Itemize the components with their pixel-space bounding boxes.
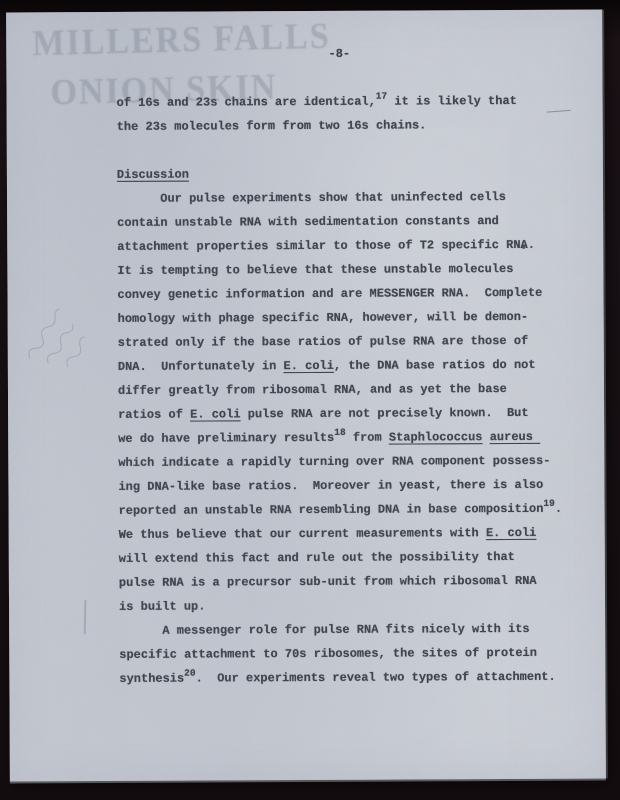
- typewritten-line: ratios of E. coli pulse RNA are not prec…: [118, 401, 564, 427]
- typewritten-line: strated only if the base ratios of pulse…: [118, 329, 564, 355]
- discussion-heading: Discussion: [117, 161, 563, 187]
- discussion-paragraph-2: A messenger role for pulse RNA fits nice…: [119, 617, 565, 691]
- ink-speck: [522, 246, 525, 249]
- pencil-tick-mark: [84, 600, 86, 634]
- document-page: MILLERS FALLS ONION SKIN -8- of 16s and …: [6, 10, 606, 782]
- typewritten-line: will extend this fact and rule out the p…: [119, 545, 565, 571]
- typewritten-line: we do have preliminary results18 from St…: [118, 425, 564, 451]
- typewritten-line: ing DNA-like base ratios. Moreover in ye…: [118, 473, 564, 499]
- typewritten-line: It is tempting to believe that these uns…: [117, 257, 563, 283]
- discussion-paragraph-1: Our pulse experiments show that uninfect…: [117, 185, 565, 619]
- typewritten-line: contain unstable RNA with sedimentation …: [117, 209, 563, 235]
- typewritten-line: of 16s and 23s chains are identical,17 i…: [117, 89, 563, 115]
- typewritten-line: Our pulse experiments show that uninfect…: [117, 185, 563, 211]
- typewritten-line: differ greatly from ribosomal RNA, and a…: [118, 377, 564, 403]
- typewritten-line: Discussion: [117, 161, 563, 187]
- intro-paragraph: of 16s and 23s chains are identical,17 i…: [117, 89, 563, 139]
- typewritten-line: reported an unstable RNA resembling DNA …: [119, 497, 565, 523]
- typewritten-line: homology with phage specific RNA, howeve…: [118, 305, 564, 331]
- typewritten-line: We thus believe that our current measure…: [119, 521, 565, 547]
- typewritten-line: A messenger role for pulse RNA fits nice…: [119, 617, 565, 643]
- pencil-margin-note-icon: [21, 274, 118, 400]
- typewritten-line: specific attachment to 70s ribosomes, th…: [119, 641, 565, 667]
- typewritten-line: the 23s molecules form from two 16s chai…: [117, 113, 563, 139]
- typewritten-line: is built up.: [119, 593, 565, 619]
- page-number: -8-: [116, 41, 562, 67]
- typewritten-line: DNA. Unfortunately in E. coli, the DNA b…: [118, 353, 564, 379]
- typewritten-line: attachment properties similar to those o…: [117, 233, 563, 259]
- typewritten-line: which indicate a rapidly turning over RN…: [118, 449, 564, 475]
- typewritten-line: pulse RNA is a precursor sub-unit from w…: [119, 569, 565, 595]
- typewritten-line: synthesis20. Our experiments reveal two …: [119, 665, 565, 691]
- typewritten-line: convey genetic information and are MESSE…: [117, 281, 563, 307]
